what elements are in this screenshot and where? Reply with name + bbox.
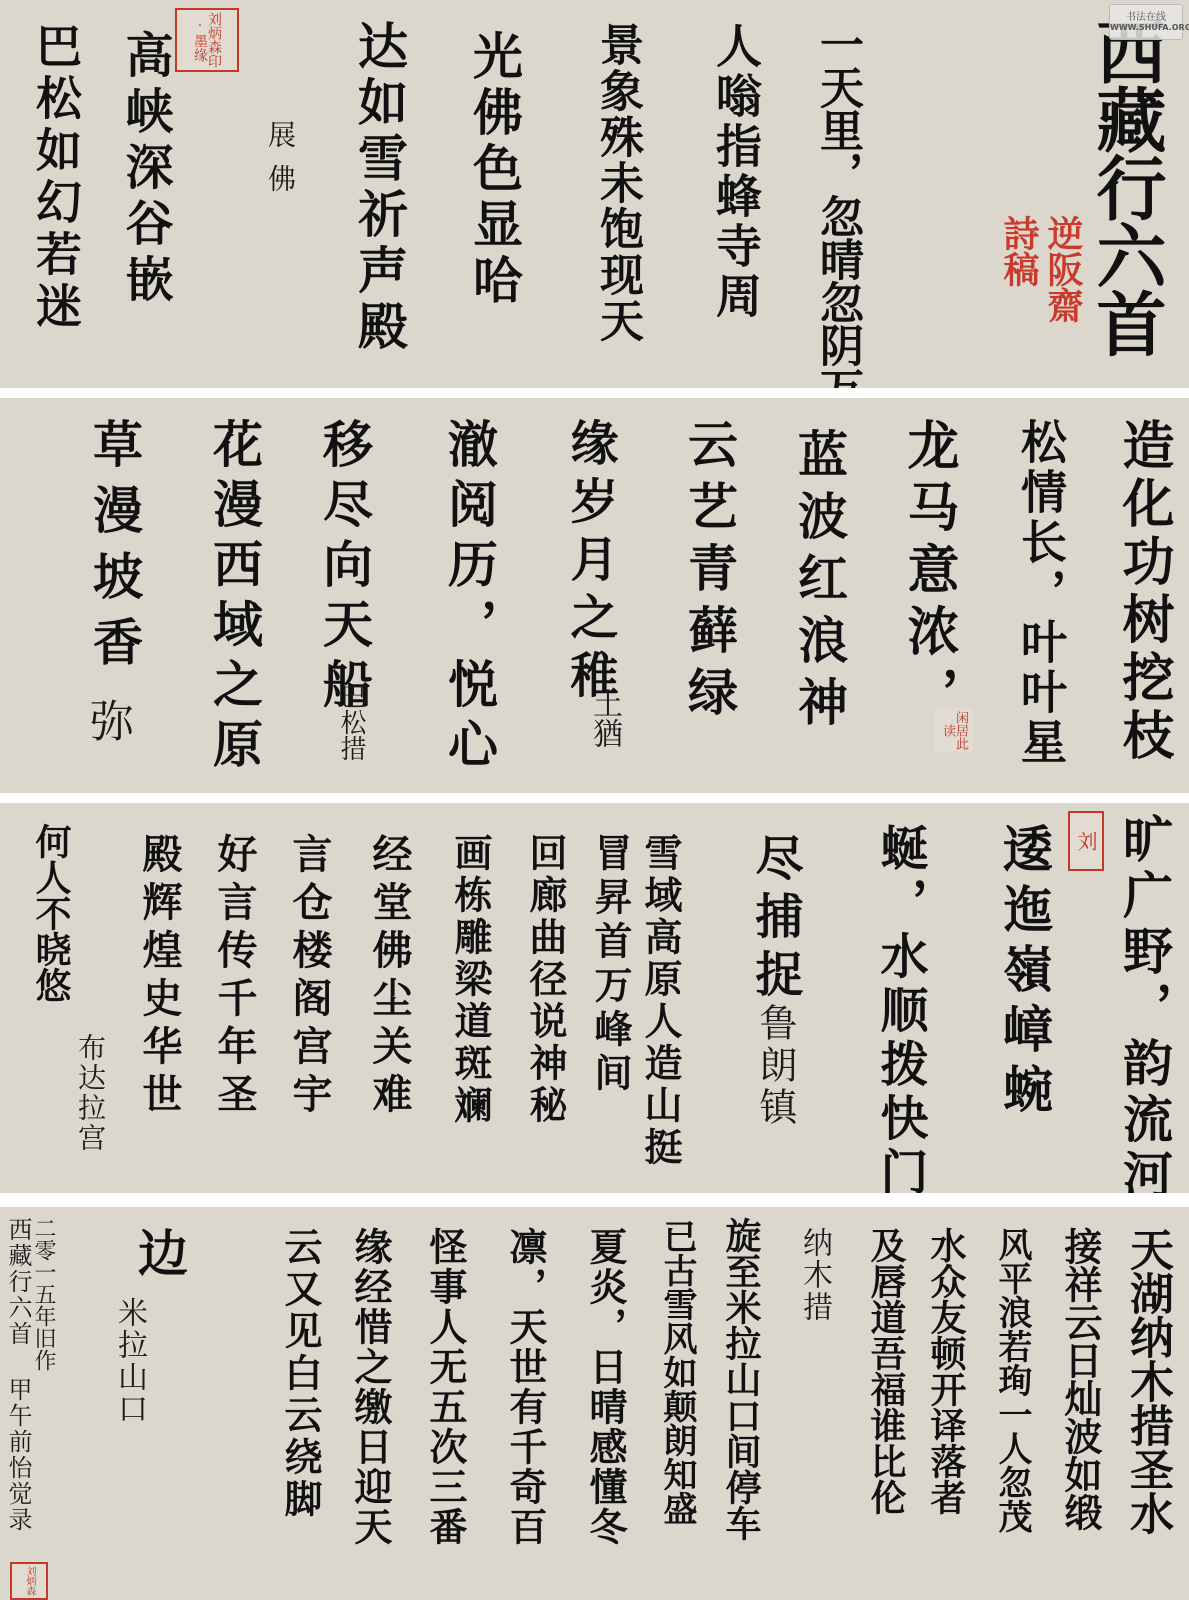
calligraphy-column: 经堂佛尘关难 bbox=[369, 833, 409, 1121]
calligraphy-column: 一天里，忽晴忽阴万 bbox=[815, 22, 859, 388]
calligraphy-annotation: 弥 bbox=[85, 698, 129, 742]
calligraphy-column: 好言传千年圣 bbox=[214, 833, 254, 1121]
calligraphy-column: 逶迤嶺嶂蜿 bbox=[999, 823, 1049, 1123]
calligraphy-column: 怪事人无五次三番 bbox=[426, 1227, 464, 1547]
calligraphy-column: 风平浪若珣一人忽茂 bbox=[995, 1227, 1029, 1533]
watermark-badge: 书法在线 WWW.SHUFA.ORG bbox=[1109, 4, 1183, 40]
calligraphy-column: 殿辉煌史华世 bbox=[139, 833, 179, 1121]
calligraphy-column: 回廊曲径说神秘 bbox=[526, 833, 564, 1127]
scroll-panel-2: 造化功树挖枝 松情长，叶叶星 龙马意浓， 蓝波红浪神 云艺青藓绿 缘岁月之稚 土… bbox=[0, 398, 1189, 793]
calligraphy-column: 何人不晓悠 bbox=[33, 823, 69, 1003]
calligraphy-annotation: 土猶 bbox=[589, 688, 619, 748]
calligraphy-column: 花漫西域之原 bbox=[209, 418, 259, 778]
calligraphy-column: 边 bbox=[134, 1227, 184, 1277]
colophon-line-1: 二零一五年旧作 bbox=[32, 1217, 54, 1371]
red-inscription-2: 詩稿 bbox=[999, 215, 1037, 287]
watermark-url: WWW.SHUFA.ORG bbox=[1110, 23, 1182, 32]
calligraphy-column: 天湖纳木措圣水 bbox=[1125, 1227, 1169, 1535]
calligraphy-column: 缘岁月之稚 bbox=[566, 418, 614, 708]
red-seal-stamp: 刘 bbox=[1068, 811, 1104, 871]
calligraphy-column: 人嗡指蜂寺周 bbox=[713, 22, 759, 322]
calligraphy-column: 冒昇首万峰间 bbox=[591, 833, 629, 1097]
calligraphy-column: 缘经惜之缴日迎天 bbox=[351, 1227, 389, 1547]
red-seal-stamp: 刘炳森 bbox=[10, 1562, 48, 1600]
calligraphy-annotation: 纳木措 bbox=[799, 1227, 829, 1323]
calligraphy-column: 光佛色显哈 bbox=[469, 30, 519, 310]
calligraphy-column: 松情长，叶叶星 bbox=[1018, 418, 1064, 768]
title-column: 西藏行六首 bbox=[1091, 16, 1161, 356]
calligraphy-annotation: 鲁朗镇 bbox=[756, 1003, 794, 1129]
red-inscription-1: 逆阪齋 bbox=[1043, 215, 1081, 323]
calligraphy-annotation: 展佛 bbox=[266, 120, 294, 208]
calligraphy-column: 龙马意浓， bbox=[902, 418, 954, 728]
panel-divider bbox=[0, 793, 1189, 803]
scroll-panel-1: 西藏行六首 逆阪齋 詩稿 书法在线 WWW.SHUFA.ORG 一天里，忽晴忽阴… bbox=[0, 0, 1189, 388]
calligraphy-column: 凛，天世有千奇百 bbox=[506, 1227, 544, 1547]
calligraphy-column: 旋至米拉山口间停车 bbox=[723, 1217, 759, 1541]
calligraphy-column: 雪域高原人造山挺 bbox=[641, 833, 679, 1169]
calligraphy-column: 画栋雕梁道斑斓 bbox=[451, 833, 489, 1127]
calligraphy-column: 旷广野，韵流河 bbox=[1119, 813, 1169, 1193]
calligraphy-column: 蜒，水顺拨快门 bbox=[876, 823, 924, 1193]
scroll-panel-3: 旷广野，韵流河 逶迤嶺嶂蜿 蜒，水顺拨快门 尽捕捉 鲁朗镇 雪域高原人造山挺 冒… bbox=[0, 803, 1189, 1193]
panel-divider bbox=[0, 388, 1189, 398]
calligraphy-annotation: 布达拉宫 bbox=[76, 1033, 104, 1153]
calligraphy-column: 云又见白云绕脚 bbox=[281, 1227, 319, 1521]
red-seal-stamp: 闲居此读 bbox=[935, 708, 973, 752]
calligraphy-column: 及唇道吾福谁比伦 bbox=[868, 1227, 904, 1515]
calligraphy-column: 言仓楼阁宫宇 bbox=[289, 833, 329, 1121]
calligraphy-column: 高峡深谷嵌 bbox=[121, 30, 169, 310]
calligraphy-column: 尽捕捉 bbox=[751, 833, 799, 1007]
scroll-panel-4: 天湖纳木措圣水 接祥云日灿波如缎 风平浪若珣一人忽茂 水众友顿开译落者 及唇道吾… bbox=[0, 1207, 1189, 1600]
calligraphy-annotation: 米拉山口 bbox=[114, 1297, 144, 1425]
calligraphy-column: 移尽向天船 bbox=[319, 418, 369, 718]
calligraphy-column: 夏炎，日晴感懂冬 bbox=[586, 1227, 624, 1547]
calligraphy-column: 水众友顿开译落者 bbox=[928, 1227, 964, 1515]
panel-divider bbox=[0, 1193, 1189, 1207]
calligraphy-column: 草漫坡香 bbox=[89, 418, 139, 682]
calligraphy-column: 蓝波红浪神 bbox=[794, 428, 844, 738]
calligraphy-column: 接祥云日灿波如缎 bbox=[1061, 1227, 1099, 1531]
calligraphy-annotation: 巴松措 bbox=[338, 683, 364, 761]
calligraphy-column: 景象殊未饱现天 bbox=[595, 22, 639, 344]
red-seal-stamp: 刘炳森印·墨缘 bbox=[175, 8, 239, 72]
watermark-label: 书法在线 bbox=[1110, 8, 1182, 23]
calligraphy-column: 巴松如幻若迷 bbox=[33, 22, 79, 334]
calligraphy-column: 云艺青藓绿 bbox=[684, 418, 734, 728]
calligraphy-column: 已古雪风如颠朗知盛 bbox=[660, 1219, 694, 1525]
calligraphy-column: 澈阅历，悦心 bbox=[444, 418, 494, 778]
calligraphy-column: 达如雪祈声殿 bbox=[354, 20, 404, 356]
calligraphy-column: 造化功树挖枝 bbox=[1117, 418, 1169, 766]
colophon-line-2: 西藏行六首 甲午前怡觉录 bbox=[6, 1217, 30, 1533]
